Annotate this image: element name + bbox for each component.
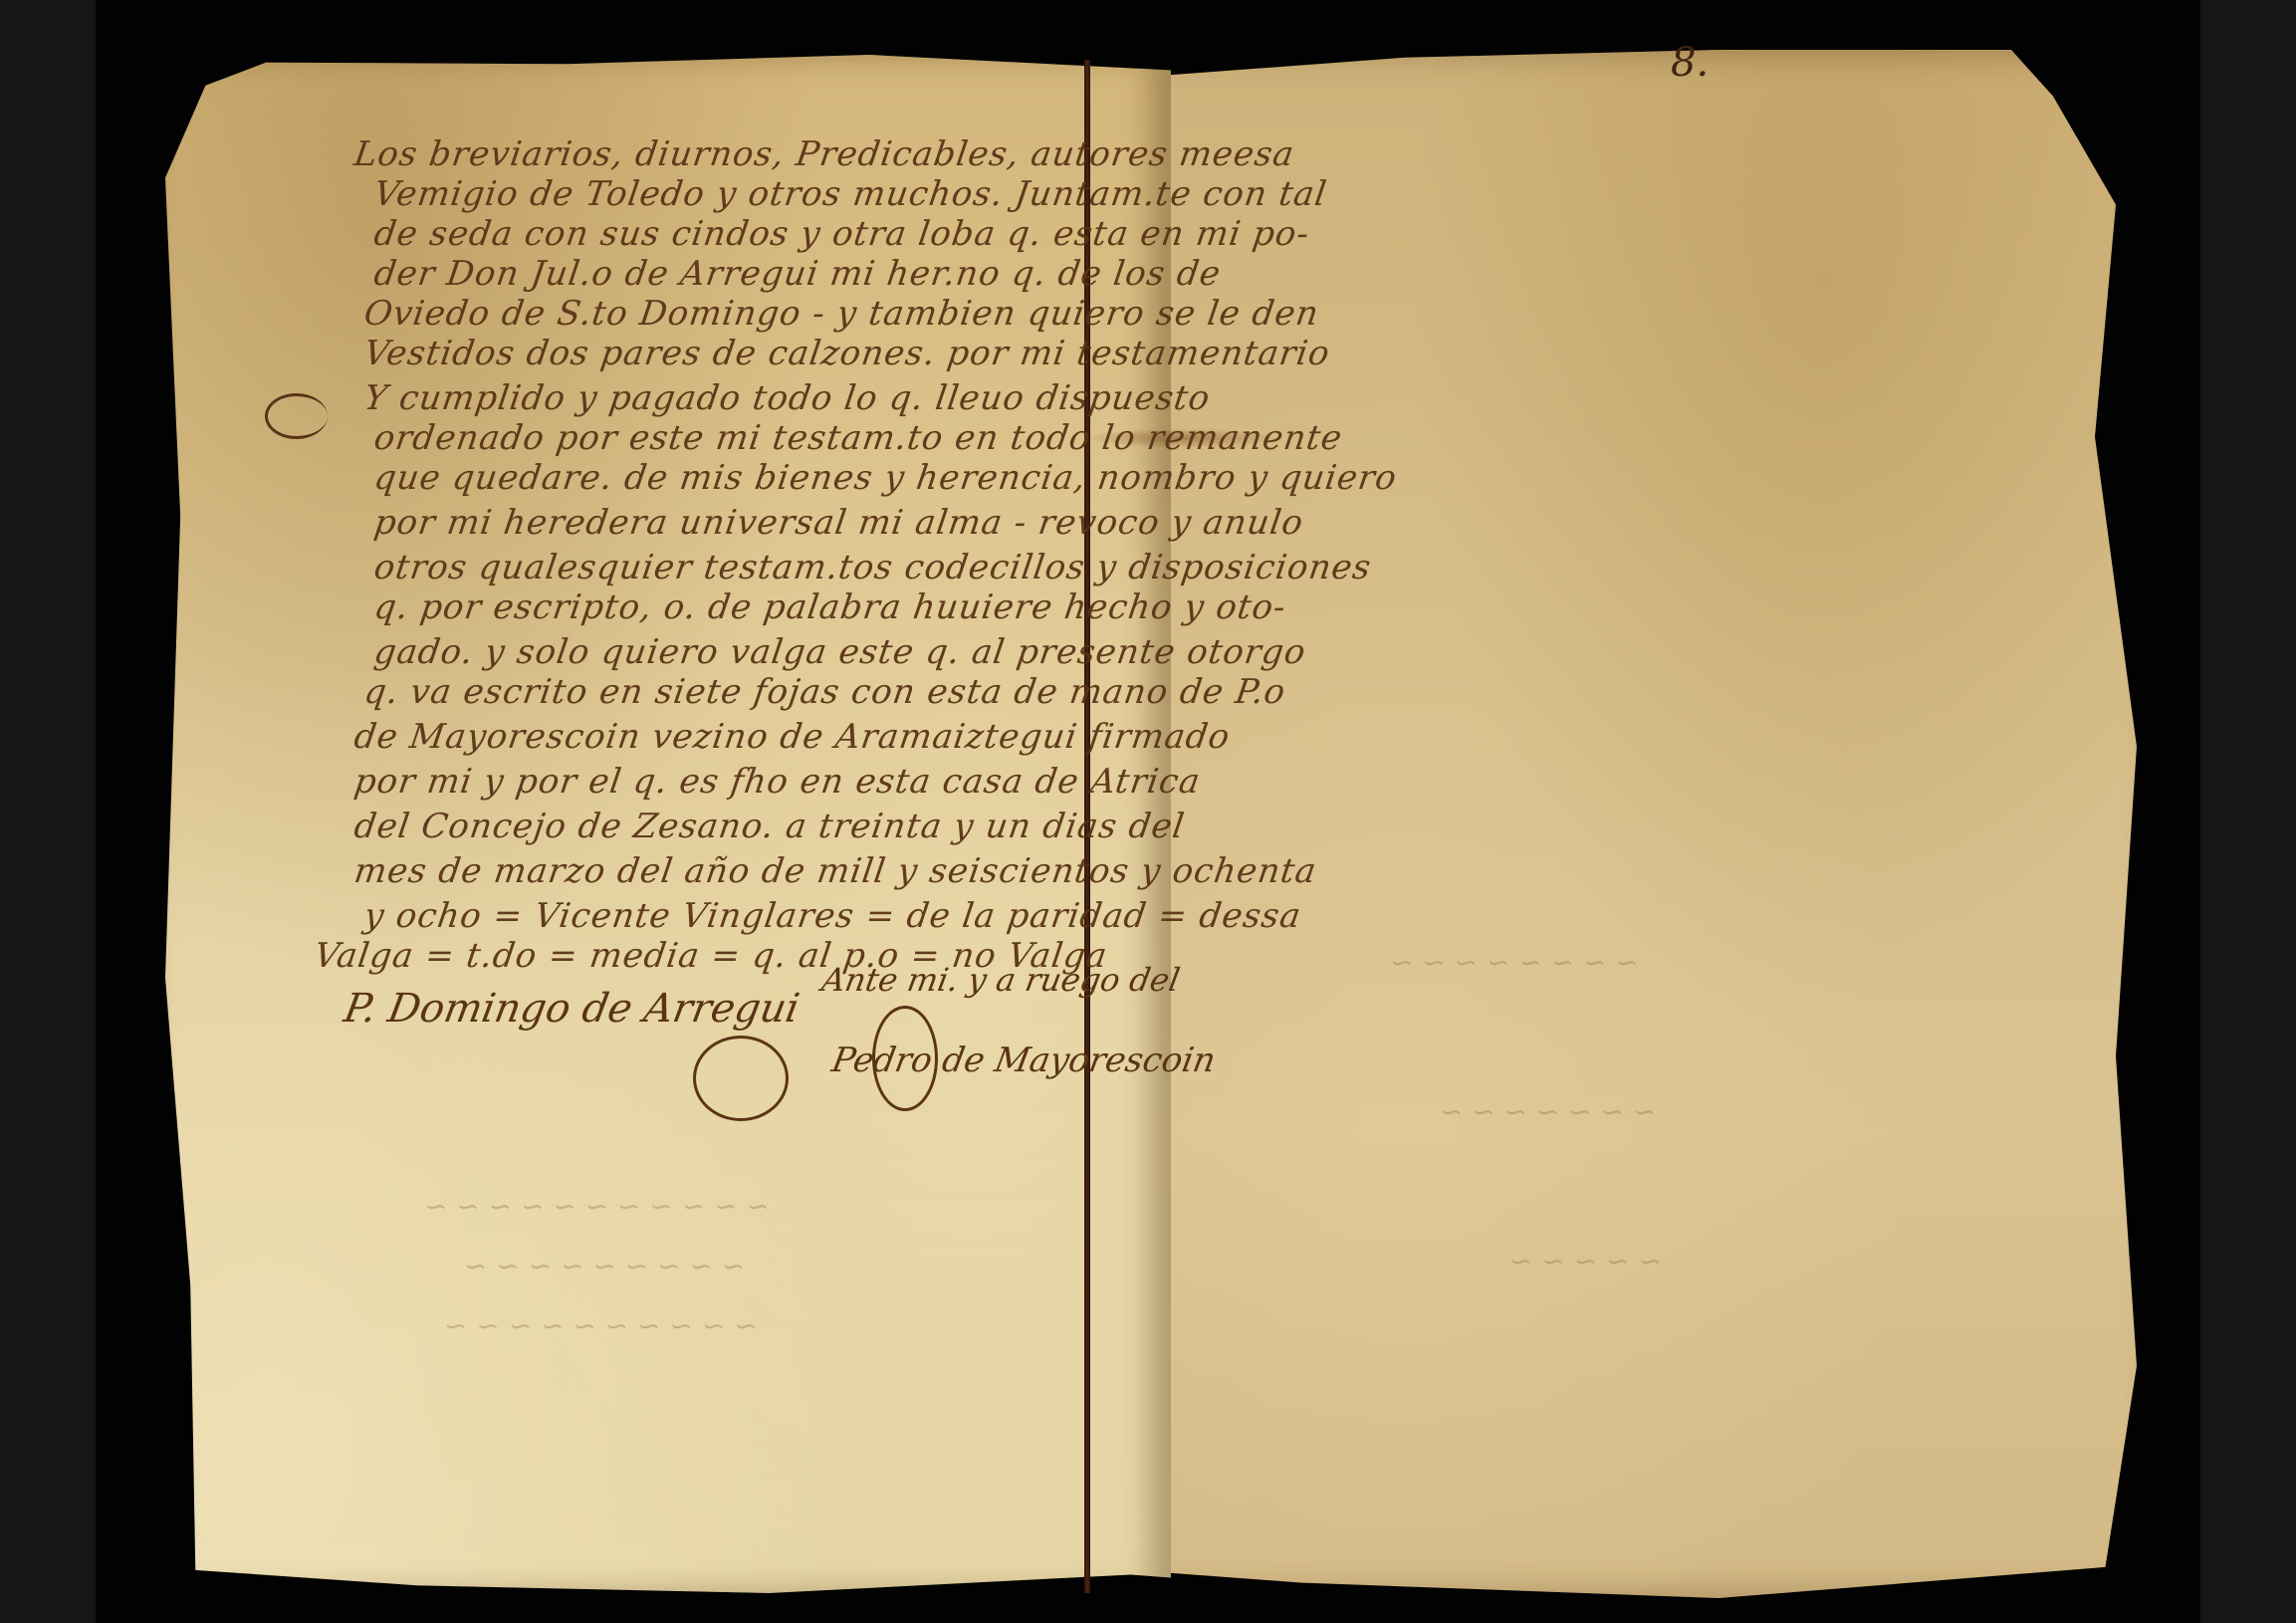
left-dark-band <box>0 0 96 1623</box>
signature-testator: P. Domingo de Arregui <box>341 986 803 1032</box>
text-line: Vestidos dos pares de calzones. por mi t… <box>361 334 1332 373</box>
bleed-through-text: ~ ~ ~ ~ ~ <box>1507 1245 1665 1277</box>
text-line: Los breviarios, diurnos, Predicables, au… <box>351 134 1296 174</box>
text-line: Vemigio de Toledo y otros muchos. Juntam… <box>371 174 1329 214</box>
bleed-through-text: ~ ~ ~ ~ ~ ~ ~ ~ ~ <box>462 1250 748 1282</box>
text-line: que quedare. de mis bienes y herencia, n… <box>371 458 1400 498</box>
text-line: y ocho = Vicente Vinglares = de la parid… <box>361 896 1303 936</box>
text-line: q. va escrito en siete fojas con esta de… <box>361 672 1288 712</box>
text-line: por mi heredera universal mi alma - revo… <box>371 503 1306 543</box>
bleed-through-text: ~ ~ ~ ~ ~ ~ ~ ~ ~ ~ <box>442 1309 760 1342</box>
text-line: de seda con sus cindos y otra loba q. es… <box>371 214 1312 254</box>
text-line: der Don Jul.o de Arregui mi her.no q. de… <box>371 254 1224 294</box>
right-dark-band <box>2200 0 2296 1623</box>
folio-number: 8. <box>1671 40 1709 86</box>
rubric-flourish <box>693 1036 789 1121</box>
rubric-flourish <box>872 1006 938 1111</box>
text-line: de Mayorescoin vezino de Aramaiztegui fi… <box>351 717 1233 757</box>
text-line: ordenado por este mi testam.to en todo l… <box>371 418 1345 458</box>
signature-note: Ante mi. y a ruego del <box>819 961 1183 999</box>
text-line: q. por escripto, o. de palabra huuiere h… <box>371 587 1288 627</box>
text-line: gado. y solo quiero valga este q. al pre… <box>371 632 1308 672</box>
bleed-through-text: ~ ~ ~ ~ ~ ~ ~ <box>1438 1095 1659 1128</box>
text-line: Y cumplido y pagado todo lo q. lleuo dis… <box>361 378 1213 418</box>
bleed-through-text: ~ ~ ~ ~ ~ ~ ~ ~ ~ ~ ~ <box>422 1190 773 1223</box>
text-line: del Concejo de Zesano. a treinta y un di… <box>351 807 1187 846</box>
text-line: otros qualesquier testam.tos codecillos … <box>371 548 1374 587</box>
text-line: por mi y por el q. es fho en esta casa d… <box>351 762 1203 802</box>
text-line: mes de marzo del año de mill y seiscient… <box>351 851 1319 891</box>
manuscript-photo: ~ ~ ~ ~ ~ ~ ~ ~ ~ ~ ~ ~ ~ ~ ~ ~ ~ ~ ~ ~ … <box>96 0 2200 1623</box>
right-page: ~ ~ ~ ~ ~ ~ ~ ~ ~ ~ ~ ~ ~ ~ ~ ~ ~ ~ ~ ~ <box>1091 50 2137 1598</box>
bleed-through-text: ~ ~ ~ ~ ~ ~ ~ ~ <box>1388 946 1642 979</box>
paragraph-flourish <box>265 393 328 439</box>
text-line: Oviedo de S.to Domingo - y tambien quier… <box>361 294 1321 334</box>
